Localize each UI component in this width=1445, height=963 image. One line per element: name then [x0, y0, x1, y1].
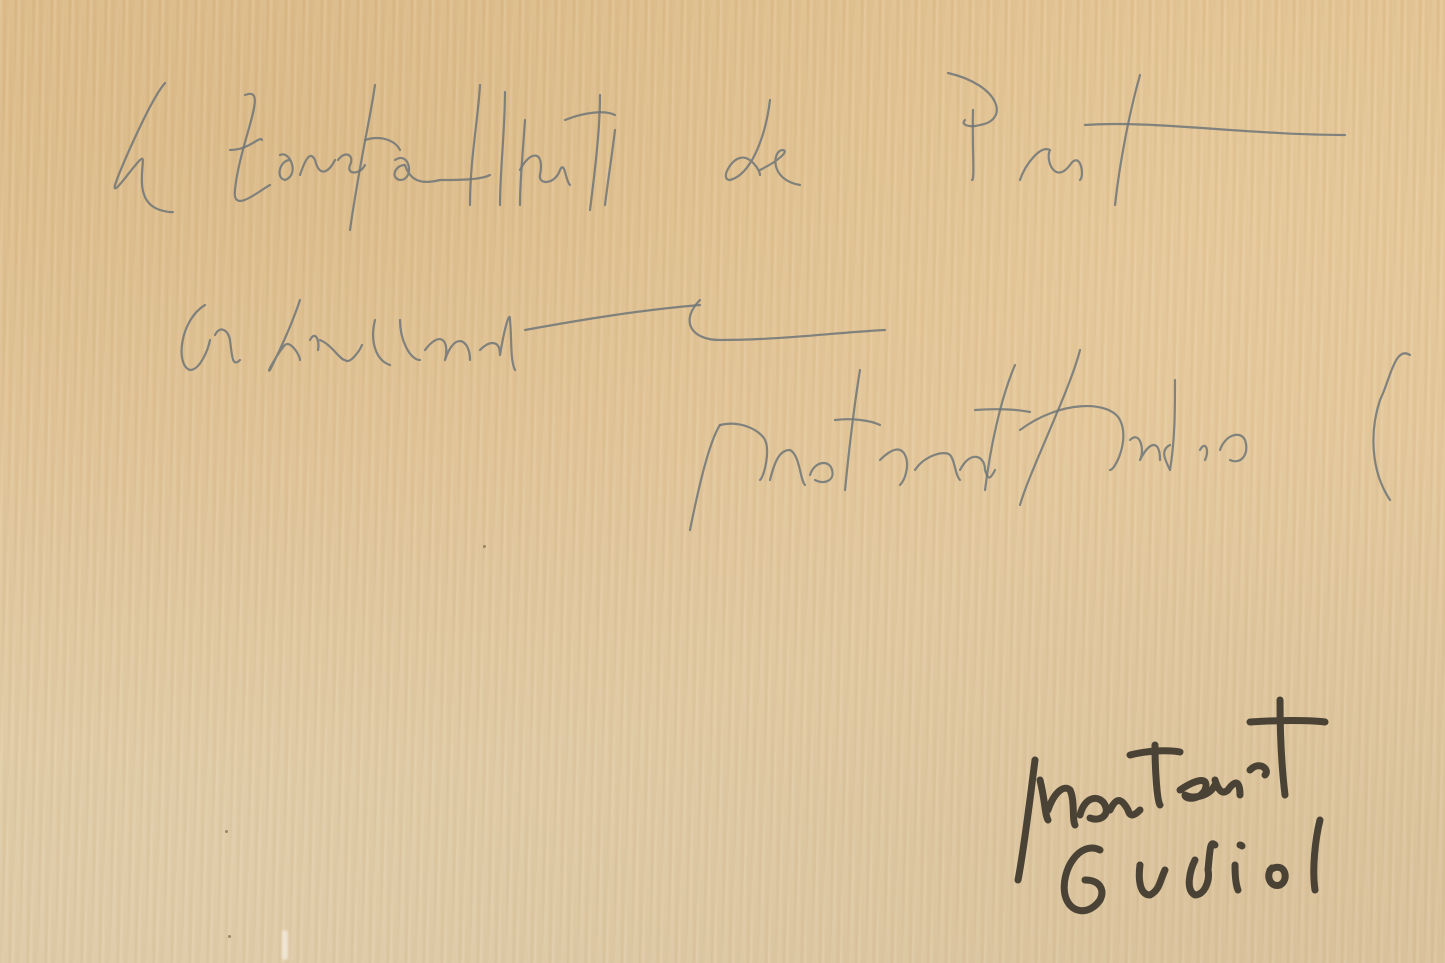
paper-speck [483, 545, 486, 548]
paper-background: a Josefa Martí de Prat cordialmente Mont… [0, 0, 1445, 963]
paper-scratch [282, 930, 288, 960]
marker-signature [0, 0, 1445, 963]
paper-speck [225, 830, 228, 833]
paper-speck [228, 935, 231, 938]
